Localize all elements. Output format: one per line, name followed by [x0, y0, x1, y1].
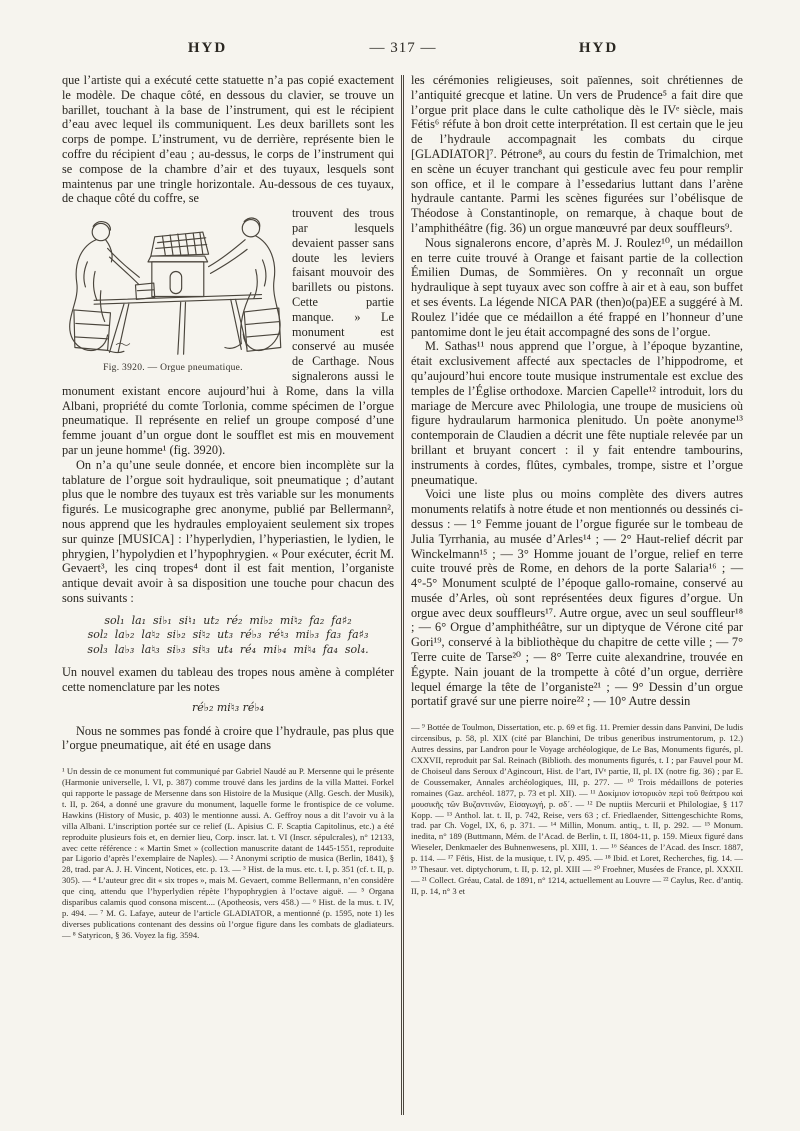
- header-keyword-right: HYD: [453, 40, 744, 57]
- paragraph-ceremonies: les cérémonies religieuses, soit païenne…: [411, 73, 743, 236]
- header-keyword-left: HYD: [62, 40, 353, 57]
- paragraph-statuette: que l’artiste qui a exécuté cette statue…: [62, 73, 394, 206]
- paragraph-liste-monuments: Voici une liste plus ou moins complète d…: [411, 487, 743, 709]
- running-head: HYD — 317 — HYD: [62, 40, 744, 57]
- two-column-layout: que l’artiste qui a exécuté cette statue…: [62, 73, 744, 1115]
- footnotes-right: — ⁹ Bottée de Toulmon, Dissertation, etc…: [411, 722, 743, 897]
- tablature-row-1: sol₁ la₁ si♭₁ si♮₁ ut₂ ré₂ mi♭₂ mi♮₂ fa₂…: [62, 614, 394, 629]
- figure-orgue-pneumatique: Fig. 3920. — Orgue pneumatique.: [62, 208, 284, 374]
- page-number: — 317 —: [353, 40, 453, 57]
- tablature-row-3: sol₃ la♭₃ la♮₃ si♭₃ si♮₃ ut₄ ré₄ mi♭₄ mi…: [62, 643, 394, 658]
- supplementary-notes: ré♭₂ mi♮₃ ré♭₄: [62, 701, 394, 716]
- left-column: que l’artiste qui a exécuté cette statue…: [62, 73, 394, 1115]
- right-column: les cérémonies religieuses, soit païenne…: [411, 73, 743, 1115]
- paragraph-examen: Un nouvel examen du tableau des tropes n…: [62, 665, 394, 695]
- paragraph-tablature-intro: On n’a qu’une seule donnée, et encore bi…: [62, 458, 394, 606]
- tablature-row-2: sol₂ la♭₂ la♮₂ si♭₂ si♮₂ ut₃ ré♭₃ ré♮₃ m…: [62, 628, 394, 643]
- figure-side-text: trouvent des trous par lesquels devaient…: [292, 206, 394, 383]
- figure-caption: Fig. 3920. — Orgue pneumatique.: [62, 362, 284, 374]
- paragraph-usage: Nous ne sommes pas fondé à croire que l’…: [62, 724, 394, 754]
- column-divider-rule: [401, 75, 404, 1115]
- paragraph-roulez: Nous signalerons encore, d’après M. J. R…: [411, 236, 743, 340]
- engraving-two-organ-players-illustration: [62, 208, 284, 360]
- tablature-table: sol₁ la₁ si♭₁ si♮₁ ut₂ ré₂ mi♭₂ mi♮₂ fa₂…: [62, 614, 394, 658]
- paragraph-sathas: M. Sathas¹¹ nous apprend que l’orgue, à …: [411, 339, 743, 487]
- footnotes-left: ¹ Un dessin de ce monument fut communiqu…: [62, 766, 394, 941]
- scanned-book-page: HYD — 317 — HYD que l’artiste qui a exéc…: [0, 0, 800, 1131]
